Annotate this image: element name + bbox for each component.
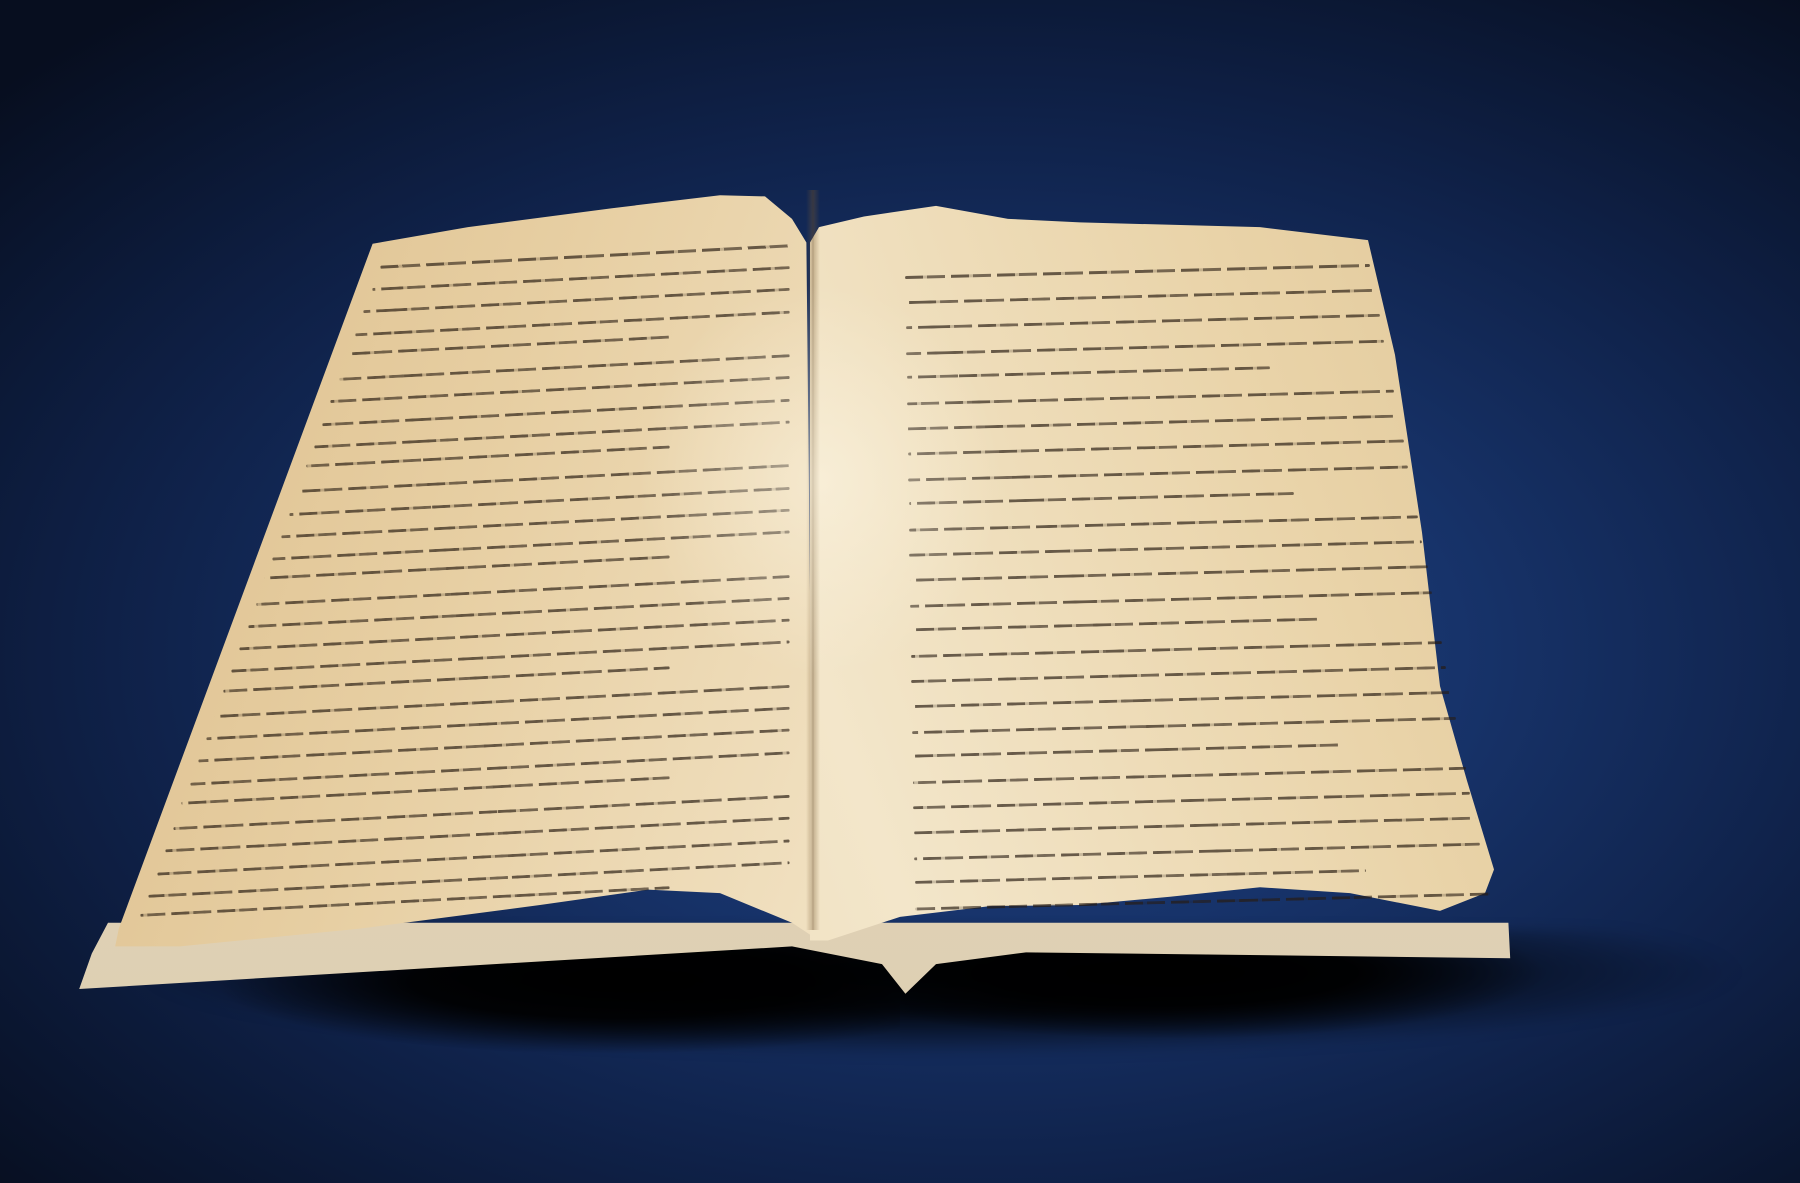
right-page-label: Right manuscript page	[0, 0, 1, 1]
book-gutter	[806, 190, 820, 930]
left-page-label: Left manuscript page	[0, 0, 1, 1]
manuscript-photo: Left manuscript page Right manuscript pa…	[0, 0, 1800, 1183]
